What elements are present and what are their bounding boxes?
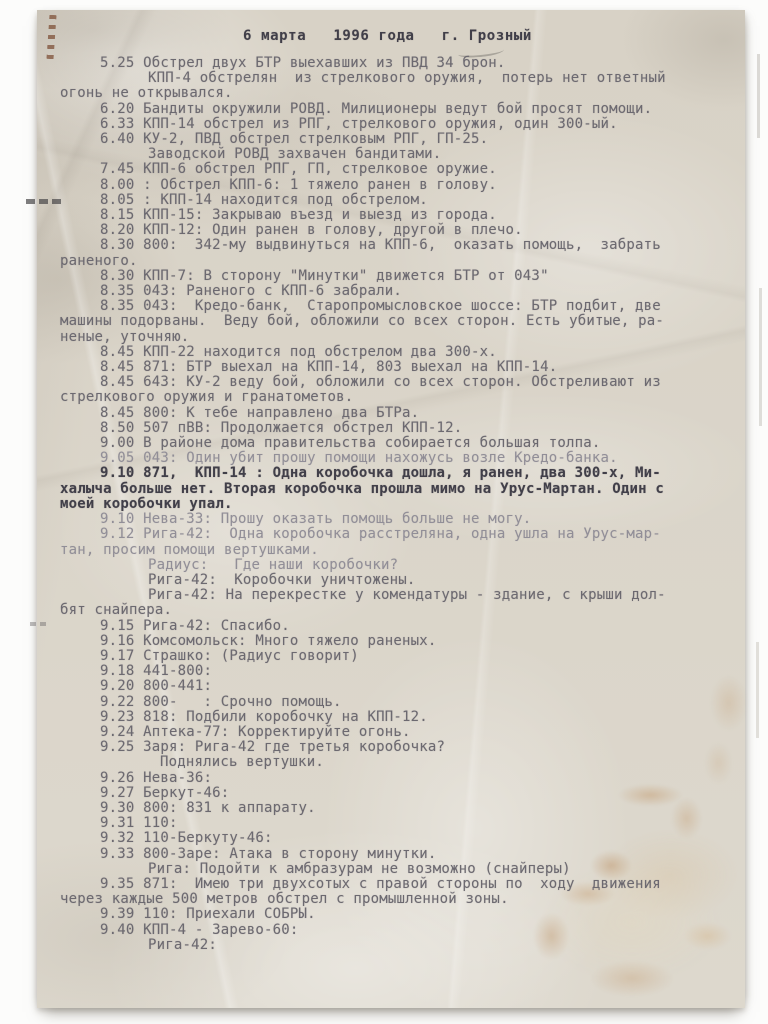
log-line: 9.20 800-441: [60, 679, 715, 694]
log-line: 9.12 Рига-42: Одна коробочка расстреляна… [60, 527, 715, 542]
log-line: халыча больше нет. Вторая коробочка прош… [60, 482, 715, 497]
log-line: 9.23 818: Подбили коробочку на КПП-12. [60, 710, 715, 725]
log-line: машины подорваны. Веду бой, обложили со … [60, 314, 715, 329]
log-line: КПП-4 обстрелян из стрелкового оружия, п… [60, 71, 715, 86]
paper-sheet: 6 марта 1996 года г. Грозный 5.25 Обстре… [37, 10, 745, 1008]
scanner-streak [757, 54, 760, 138]
log-line: 9.22 800- : Срочно помощь. [60, 695, 715, 710]
log-line: Рига: Подойти к амбразурам не возможно (… [60, 862, 715, 877]
log-line: 6.40 КУ-2, ПВД обстрел стрелковым РПГ, Г… [60, 132, 715, 147]
document-title: 6 марта 1996 года г. Грозный [60, 10, 715, 44]
log-line: 8.05 : КПП-14 находится под обстрелом. [60, 193, 715, 208]
log-line: 8.35 043: Раненого с КПП-6 забрали. [60, 284, 715, 299]
log-line: 5.25 Обстрел двух БТР выехавших из ПВД 3… [60, 56, 715, 71]
scanner-streak [756, 642, 759, 738]
log-line: раненого. [60, 254, 715, 269]
log-line: 8.00 : Обстрел КПП-6: 1 тяжело ранен в г… [60, 178, 715, 193]
log-line: 6.33 КПП-14 обстрел из РПГ, стрелкового … [60, 117, 715, 132]
log-line: 8.45 800: К тебе направлено два БТРа. [60, 406, 715, 421]
typewritten-text-column: 6 марта 1996 года г. Грозный 5.25 Обстре… [37, 10, 745, 953]
log-line: 8.30 800: 342-му выдвинуться на КПП-6, о… [60, 238, 715, 253]
log-line: 9.16 Комсомольск: Много тяжело раненых. [60, 634, 715, 649]
log-line: 8.15 КПП-15: Закрываю въезд и выезд из г… [60, 208, 715, 223]
log-line: 9.10 871, КПП-14 : Одна коробочка дошла,… [60, 466, 715, 481]
log-line: Рига-42: Коробочки уничтожены. [60, 573, 715, 588]
log-line: Радиус: Где наши коробочки? [60, 558, 715, 573]
log-line: 9.33 800-Заре: Атака в сторону минутки. [60, 847, 715, 862]
log-line: бят снайпера. [60, 603, 715, 618]
typewritten-log: 5.25 Обстрел двух БТР выехавших из ПВД 3… [60, 56, 715, 953]
log-line: 9.30 800: 831 к аппарату. [60, 801, 715, 816]
log-line: 9.00 В районе дома правительства собирае… [60, 436, 715, 451]
log-line: 9.27 Беркут-46: [60, 786, 715, 801]
log-line: 6.20 Бандиты окружили РОВД. Милиционеры … [60, 102, 715, 117]
log-line: 9.40 КПП-4 - Зарево-60: [60, 923, 715, 938]
scan-background: { "page": { "title": "6 марта 1996 года … [0, 0, 768, 1024]
log-line: 9.24 Аптека-77: Корректируйте огонь. [60, 725, 715, 740]
log-line: неные, уточняю. [60, 330, 715, 345]
log-line: 9.25 Заря: Рига-42 где третья коробочка? [60, 740, 715, 755]
log-line: 9.31 110: [60, 816, 715, 831]
log-line: огонь не открывался. [60, 86, 715, 101]
log-line: 8.45 КПП-22 находится под обстрелом два … [60, 345, 715, 360]
log-line: 9.35 871: Имею три двухсотых с правой ст… [60, 877, 715, 892]
log-line: Рига-42: [60, 938, 715, 953]
log-line: 9.18 441-800: [60, 664, 715, 679]
log-line: 9.26 Нева-36: [60, 771, 715, 786]
log-line: 8.45 643: КУ-2 веду бой, обложили со все… [60, 375, 715, 390]
log-line: 7.45 КПП-6 обстрел РПГ, ГП, стрелковое о… [60, 162, 715, 177]
log-line: стрелкового оружия и гранатометов. [60, 390, 715, 405]
log-line: через каждые 500 метров обстрел с промыш… [60, 892, 715, 907]
log-line: 9.17 Страшко: (Радиус говорит) [60, 649, 715, 664]
log-line: Поднялись вертушки. [60, 755, 715, 770]
log-line: 9.32 110-Беркуту-46: [60, 831, 715, 846]
log-line: 9.15 Рига-42: Спасибо. [60, 619, 715, 634]
log-line: 9.39 110: Приехали СОБРЫ. [60, 907, 715, 922]
log-line: 8.30 КПП-7: В сторону "Минутки" движется… [60, 269, 715, 284]
scanner-streak [759, 288, 762, 426]
log-line: моей коробочки упал. [60, 497, 715, 512]
log-line: 8.50 507 пВВ: Продолжается обстрел КПП-1… [60, 421, 715, 436]
log-line: тан, просим помощи вертушками. [60, 543, 715, 558]
log-line: 8.45 871: БТР выехал на КПП-14, 803 выех… [60, 360, 715, 375]
